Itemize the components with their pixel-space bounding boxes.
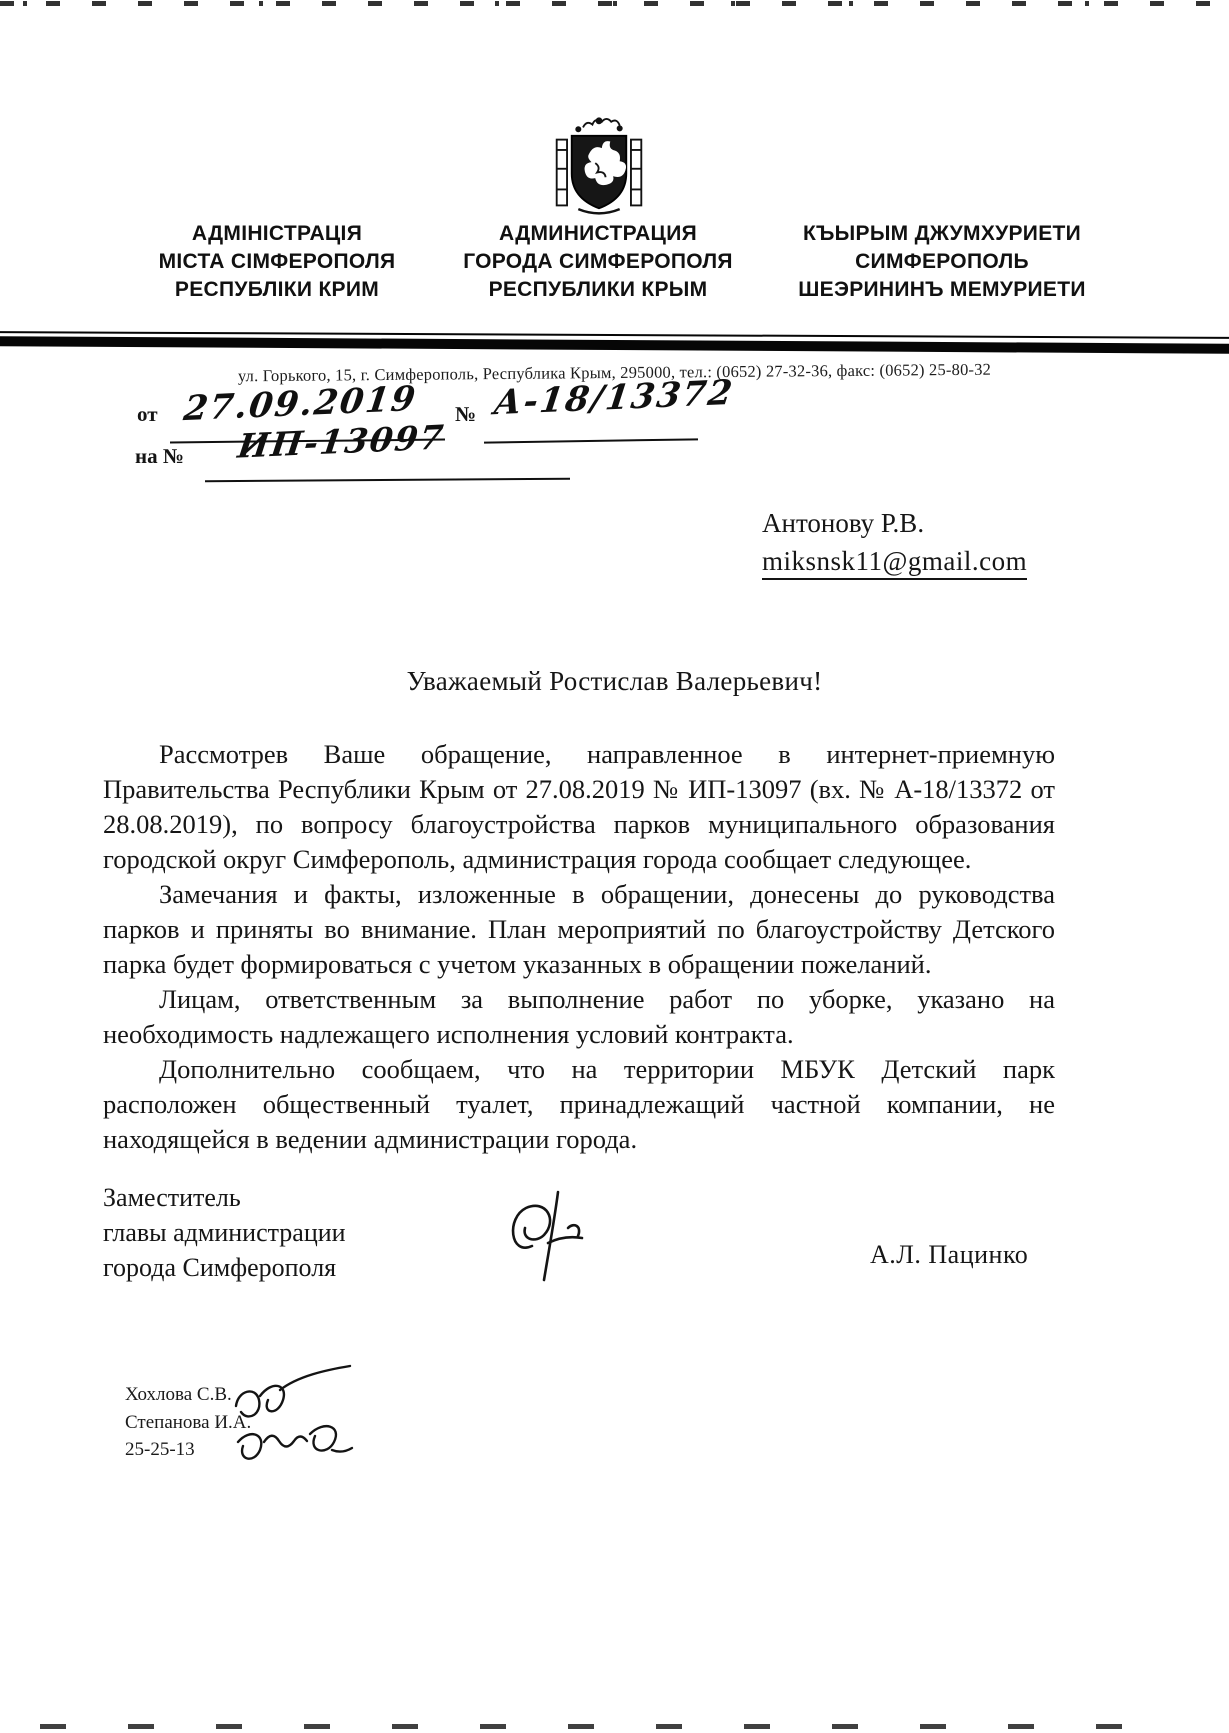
org-name-crimean-tatar: КЪЫРЫМ ДЖУМХУРИЕТИ СИМФЕРОПОЛЬ ШЕЭРИНИНЪ…: [768, 220, 1116, 304]
org-crh-line2: СИМФЕРОПОЛЬ: [768, 248, 1116, 276]
signer-signature-image: [498, 1188, 618, 1293]
scan-noise-bottom: [40, 1724, 1180, 1729]
ref-reply-underline: [205, 478, 570, 483]
ref-reply-label: на №: [135, 444, 184, 469]
letter-body: Рассмотрев Ваше обращение, направленное …: [103, 737, 1055, 1157]
scanned-letter-page: АДМІНІСТРАЦІЯ МІСТА СІМФЕРОПОЛЯ РЕСПУБЛІ…: [0, 0, 1229, 1733]
body-paragraph-3: Лицам, ответственным за выполнение работ…: [103, 982, 1055, 1052]
org-ru-line1: АДМИНИСТРАЦИЯ: [424, 220, 772, 248]
org-ru-line3: РЕСПУБЛИКИ КРЫМ: [424, 276, 772, 304]
ref-number-label: №: [455, 402, 476, 427]
org-ru-line2: ГОРОДА СИМФЕРОПОЛЯ: [424, 248, 772, 276]
org-name-russian: АДМИНИСТРАЦИЯ ГОРОДА СИМФЕРОПОЛЯ РЕСПУБЛ…: [424, 220, 772, 304]
org-uk-line3: РЕСПУБЛІКИ КРИМ: [112, 276, 442, 304]
signer-position-line2: главы администрации: [103, 1215, 346, 1250]
coat-of-arms-icon: [552, 114, 646, 216]
recipient-email: miksnsk11@gmail.com: [762, 546, 1027, 580]
signer-name: А.Л. Пацинко: [870, 1240, 1028, 1270]
recipient-name: Антонову Р.В.: [762, 508, 924, 539]
signer-position: Заместитель главы администрации города С…: [103, 1180, 346, 1285]
body-paragraph-1: Рассмотрев Ваше обращение, направленное …: [103, 737, 1055, 877]
salutation: Уважаемый Ростислав Валерьевич!: [0, 666, 1229, 697]
org-crh-line3: ШЕЭРИНИНЪ МЕМУРИЕТИ: [768, 276, 1116, 304]
body-paragraph-2: Замечания и факты, изложенные в обращени…: [103, 877, 1055, 982]
executor-signature-image: [222, 1358, 372, 1478]
ref-number-underline: [484, 438, 698, 443]
ref-reply-value-handwritten: ИП-13097: [236, 417, 448, 465]
signer-position-line1: Заместитель: [103, 1180, 346, 1215]
ref-from-label: от: [137, 402, 158, 427]
signer-position-line3: города Симферополя: [103, 1250, 346, 1285]
org-uk-line1: АДМІНІСТРАЦІЯ: [112, 220, 442, 248]
org-crh-line1: КЪЫРЫМ ДЖУМХУРИЕТИ: [768, 220, 1116, 248]
scan-noise-top: [0, 1, 1229, 6]
org-name-ukrainian: АДМІНІСТРАЦІЯ МІСТА СІМФЕРОПОЛЯ РЕСПУБЛІ…: [112, 220, 442, 304]
body-paragraph-4: Дополнительно сообщаем, что на территори…: [103, 1052, 1055, 1157]
org-uk-line2: МІСТА СІМФЕРОПОЛЯ: [112, 248, 442, 276]
letterhead-divider-rule: [0, 336, 1229, 354]
